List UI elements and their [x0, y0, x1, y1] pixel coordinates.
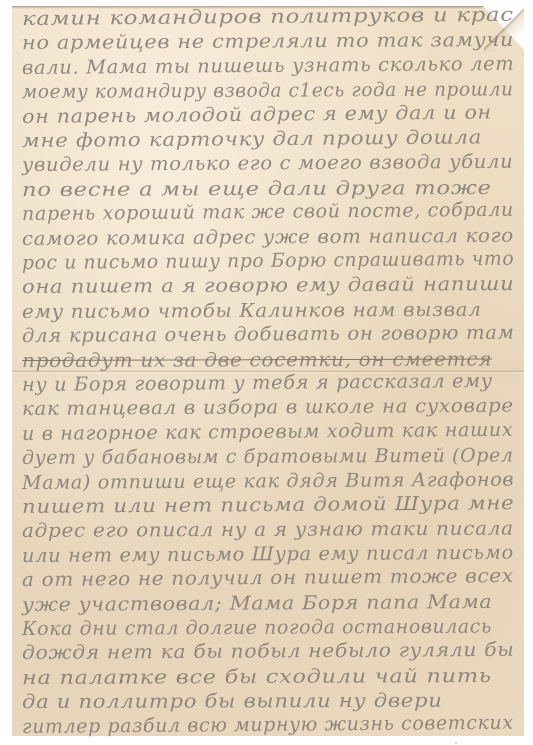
handwritten-line: и в нагорное как строевым ходит как наши…: [22, 419, 514, 445]
handwritten-line: адрес его описал ну а я узнаю таки писал…: [22, 518, 514, 542]
handwritten-line: уже участвовал; Мама Боря папа Мама: [22, 591, 492, 616]
handwritten-line: мне фото карточку дал прошу дошла: [22, 126, 482, 152]
handwritten-line: продадут их за две сосетки, он смеется: [22, 348, 492, 372]
handwritten-line: как танцевал в избора в школе на суховар…: [22, 395, 514, 420]
paper-speck: [455, 742, 457, 744]
handwritten-line: моему командиру взвода с1есь года не про…: [22, 79, 514, 104]
handwritten-line: ему письмо чтобы Калинков нам вызвал: [22, 299, 482, 323]
handwritten-line: она пишет а я говорю ему давай напиши: [22, 273, 515, 298]
handwritten-line: дождя нет ка бы побыл небыло гуляли бы: [22, 639, 515, 664]
paper-speck: [120, 680, 123, 683]
handwritten-line: увидели ну только его с моего взвода уби…: [22, 151, 513, 176]
handwritten-line: дует у бабановым с братовыми Витей (Орел: [22, 445, 514, 470]
handwritten-line: или нет ему письмо Шура ему писал письмо: [22, 541, 514, 566]
handwritten-line: парень хороший так же свой посте, собрал…: [22, 199, 514, 225]
handwritten-line: пишет или нет письма домой Шура мне: [22, 492, 515, 518]
handwritten-line: гитлер разбил всю мирную жизнь советских: [22, 711, 514, 737]
handwritten-line: камин командиров политруков и крас: [22, 4, 514, 30]
handwritten-line: Мама) отпиши еще как дядя Витя Агафонов: [22, 468, 514, 493]
handwritten-line: да и поллитро бы выпили ну двери: [22, 690, 443, 713]
handwritten-line: но армейцев не стреляли то так замучи: [22, 29, 514, 54]
handwritten-line: ну и Боря говорит у тебя я рассказал ему: [22, 370, 493, 396]
handwritten-line: самого комика адрес уже вот написал кого: [22, 224, 514, 249]
handwritten-line: Кока дни стал долгие погода остановилась: [22, 616, 492, 640]
handwritten-line: вали. Мама ты пишешь узнать сколько лет: [22, 53, 515, 79]
handwritten-line: по весне а мы еще дали друга тоже: [22, 177, 492, 201]
handwritten-line: он парень молодой адрес я ему дал и он: [22, 101, 492, 128]
handwritten-line: рос и письмо пишу про Борю спрашивать чт…: [22, 248, 514, 274]
handwritten-line: для крисана очень добивать он говорю там: [22, 322, 515, 347]
paper-speck: [380, 92, 383, 95]
handwritten-line: а от него не получил он пишет тоже всех: [22, 565, 514, 591]
handwritten-line: на палатке все бы сходили чай пить: [22, 665, 492, 689]
